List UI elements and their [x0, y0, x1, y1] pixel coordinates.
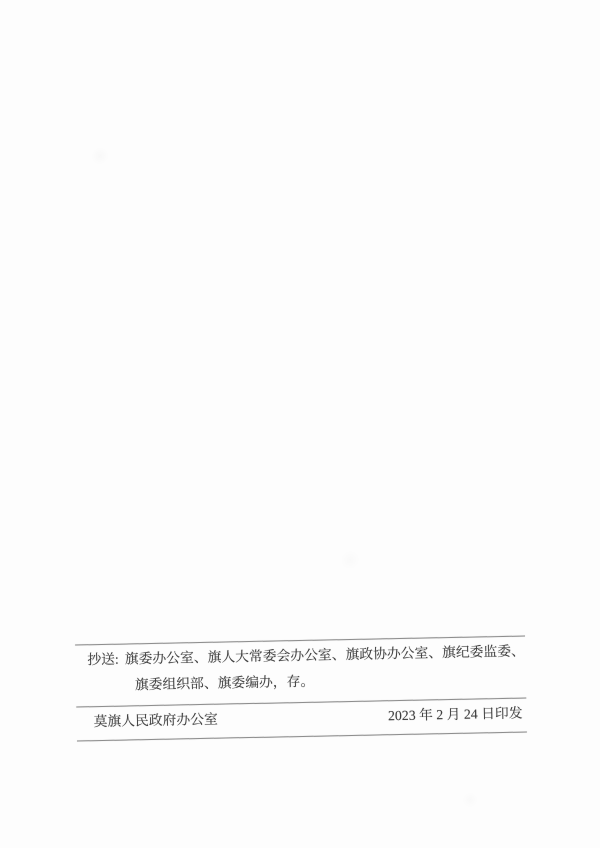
print-date: 2023 年 2 月 24 日印发 — [388, 705, 523, 726]
document-footer: 抄送:旗委办公室、旗人大常委会办公室、旗政协办公室、旗纪委监委、 旗委组织部、旗… — [75, 635, 527, 741]
cc-recipients-line-2: 旗委组织部、旗委编办，存。 — [76, 668, 526, 695]
cc-label: 抄送: — [87, 652, 119, 668]
issue-row: 莫旗人民政府办公室 2023 年 2 月 24 日印发 — [76, 704, 526, 731]
cc-recipients-text-1: 旗委办公室、旗人大常委会办公室、旗政协办公室、旗纪委监委、 — [125, 644, 525, 667]
cc-recipients-line-1: 抄送:旗委办公室、旗人大常委会办公室、旗政协办公室、旗纪委监委、 — [75, 642, 525, 669]
issuing-office: 莫旗人民政府办公室 — [93, 711, 218, 731]
document-page: 抄送:旗委办公室、旗人大常委会办公室、旗政协办公室、旗纪委监委、 旗委组织部、旗… — [0, 0, 600, 848]
divider-bottom — [77, 731, 527, 741]
